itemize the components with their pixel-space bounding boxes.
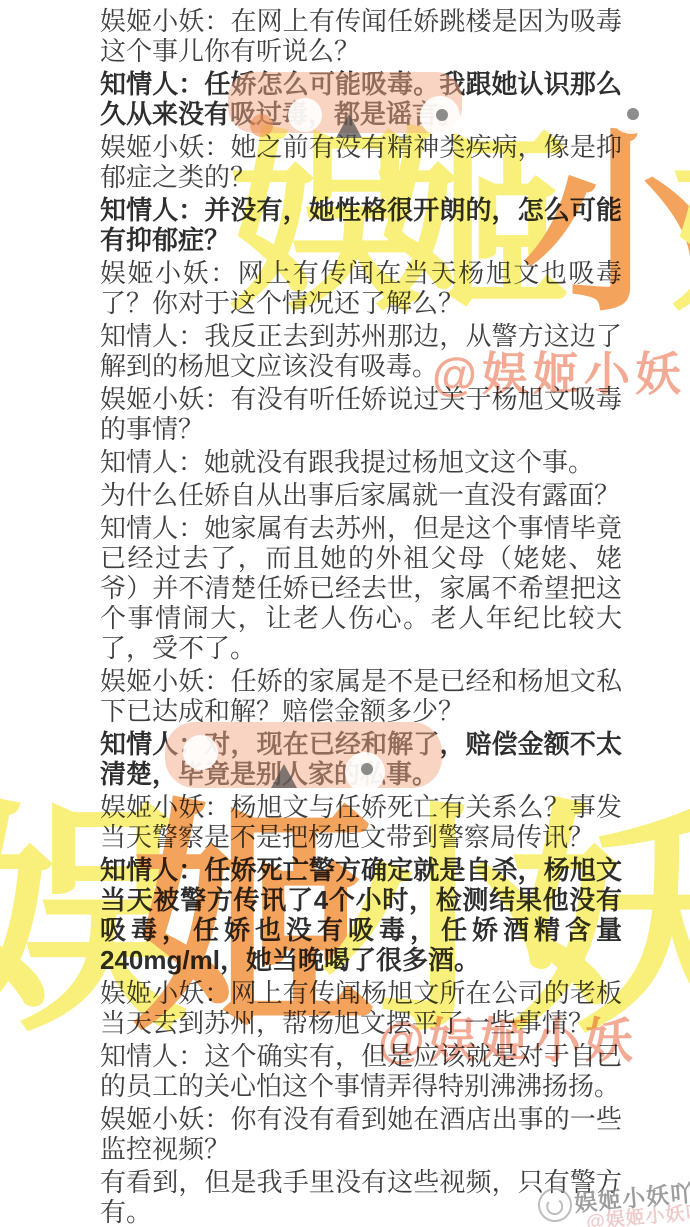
paragraph: 娱姬小妖：网上有传闻在当天杨旭文也吸毒了？你对于这个情况还了解么？ xyxy=(100,258,622,318)
transcript: 娱姬小妖：在网上有传闻任娇跳楼是因为吸毒这个事儿你有听说么？知情人：任娇怎么可能… xyxy=(100,6,622,1227)
paragraph: 知情人：她家属有去苏州，但是这个事情毕竟已经过去了，而且她的外祖父母（姥姥、姥爷… xyxy=(100,513,622,663)
paragraph: 娱姬小妖：任娇的家属是不是已经和杨旭文私下已达成和解？赔偿金额多少？ xyxy=(100,666,622,726)
speaker-label: 知情人： xyxy=(100,513,204,543)
speaker-label: 知情人： xyxy=(100,321,204,351)
paragraph: 知情人：任娇怎么可能吸毒。我跟她认识那么久从来没有吸过毒，都是谣言。 xyxy=(100,69,622,129)
speaker-label: 娱姬小妖： xyxy=(100,258,238,288)
speaker-label: 娱姬小妖： xyxy=(100,384,231,414)
speaker-label: 知情人： xyxy=(100,447,204,477)
speaker-label: 娱姬小妖： xyxy=(100,792,231,822)
paragraph: 娱姬小妖：网上有传闻杨旭文所在公司的老板当天去到苏州，帮杨旭文摆平了一些事情？ xyxy=(100,978,622,1038)
speaker-label: 娱姬小妖： xyxy=(100,1104,231,1134)
paragraph: 知情人：她就没有跟我提过杨旭文这个事。 xyxy=(100,447,622,477)
speaker-label: 娱姬小妖： xyxy=(100,6,231,36)
paragraph: 知情人：我反正去到苏州那边，从警方这边了解到的杨旭文应该没有吸毒。 xyxy=(100,321,622,381)
speaker-label: 娱姬小妖： xyxy=(100,978,231,1008)
paragraph: 娱姬小妖：你有没有看到她在酒店出事的一些监控视频？ xyxy=(100,1104,622,1164)
paragraph: 知情人：并没有，她性格很开朗的，怎么可能有抑郁症？ xyxy=(100,195,622,255)
watermark-character: 妖 xyxy=(669,116,690,334)
paragraph: 知情人：对，现在已经和解了，赔偿金额不太清楚，毕竟是别人家的私事。 xyxy=(100,729,622,789)
paragraph: 知情人：这个确实有，但是应该就是对于自己的员工的关心怕这个事情弄得特别沸沸扬扬。 xyxy=(100,1041,622,1101)
speaker-label: 娱姬小妖： xyxy=(100,132,231,162)
speaker-label: 知情人： xyxy=(100,729,204,759)
speaker-label: 知情人： xyxy=(100,1041,204,1071)
paragraph: 娱姬小妖：杨旭文与任娇死亡有关系么？事发当天警察是不是把杨旭文带到警察局传讯？ xyxy=(100,792,622,852)
paragraph: 为什么任娇自从出事后家属就一直没有露面？ xyxy=(100,480,622,510)
speaker-label: 知情人： xyxy=(100,195,204,225)
paragraph: 有看到，但是我手里没有这些视频，只有警方有。 xyxy=(100,1167,622,1227)
paragraph: 娱姬小妖：在网上有传闻任娇跳楼是因为吸毒这个事儿你有听说么？ xyxy=(100,6,622,66)
speaker-label: 娱姬小妖： xyxy=(100,666,231,696)
paragraph: 娱姬小妖：她之前有没有精神类疾病，像是抑郁症之类的？ xyxy=(100,132,622,192)
paragraph: 知情人：任娇死亡警方确定就是自杀，杨旭文当天被警方传讯了4个小时，检测结果他没有… xyxy=(100,855,622,975)
speaker-label: 知情人： xyxy=(100,855,204,885)
article-page: 娱姬小妖：在网上有传闻任娇跳楼是因为吸毒这个事儿你有听说么？知情人：任娇怎么可能… xyxy=(0,0,690,1227)
paragraph: 娱姬小妖：有没有听任娇说过关于杨旭文吸毒的事情？ xyxy=(100,384,622,444)
speaker-label: 知情人： xyxy=(100,69,204,99)
pupil-icon xyxy=(627,108,639,120)
